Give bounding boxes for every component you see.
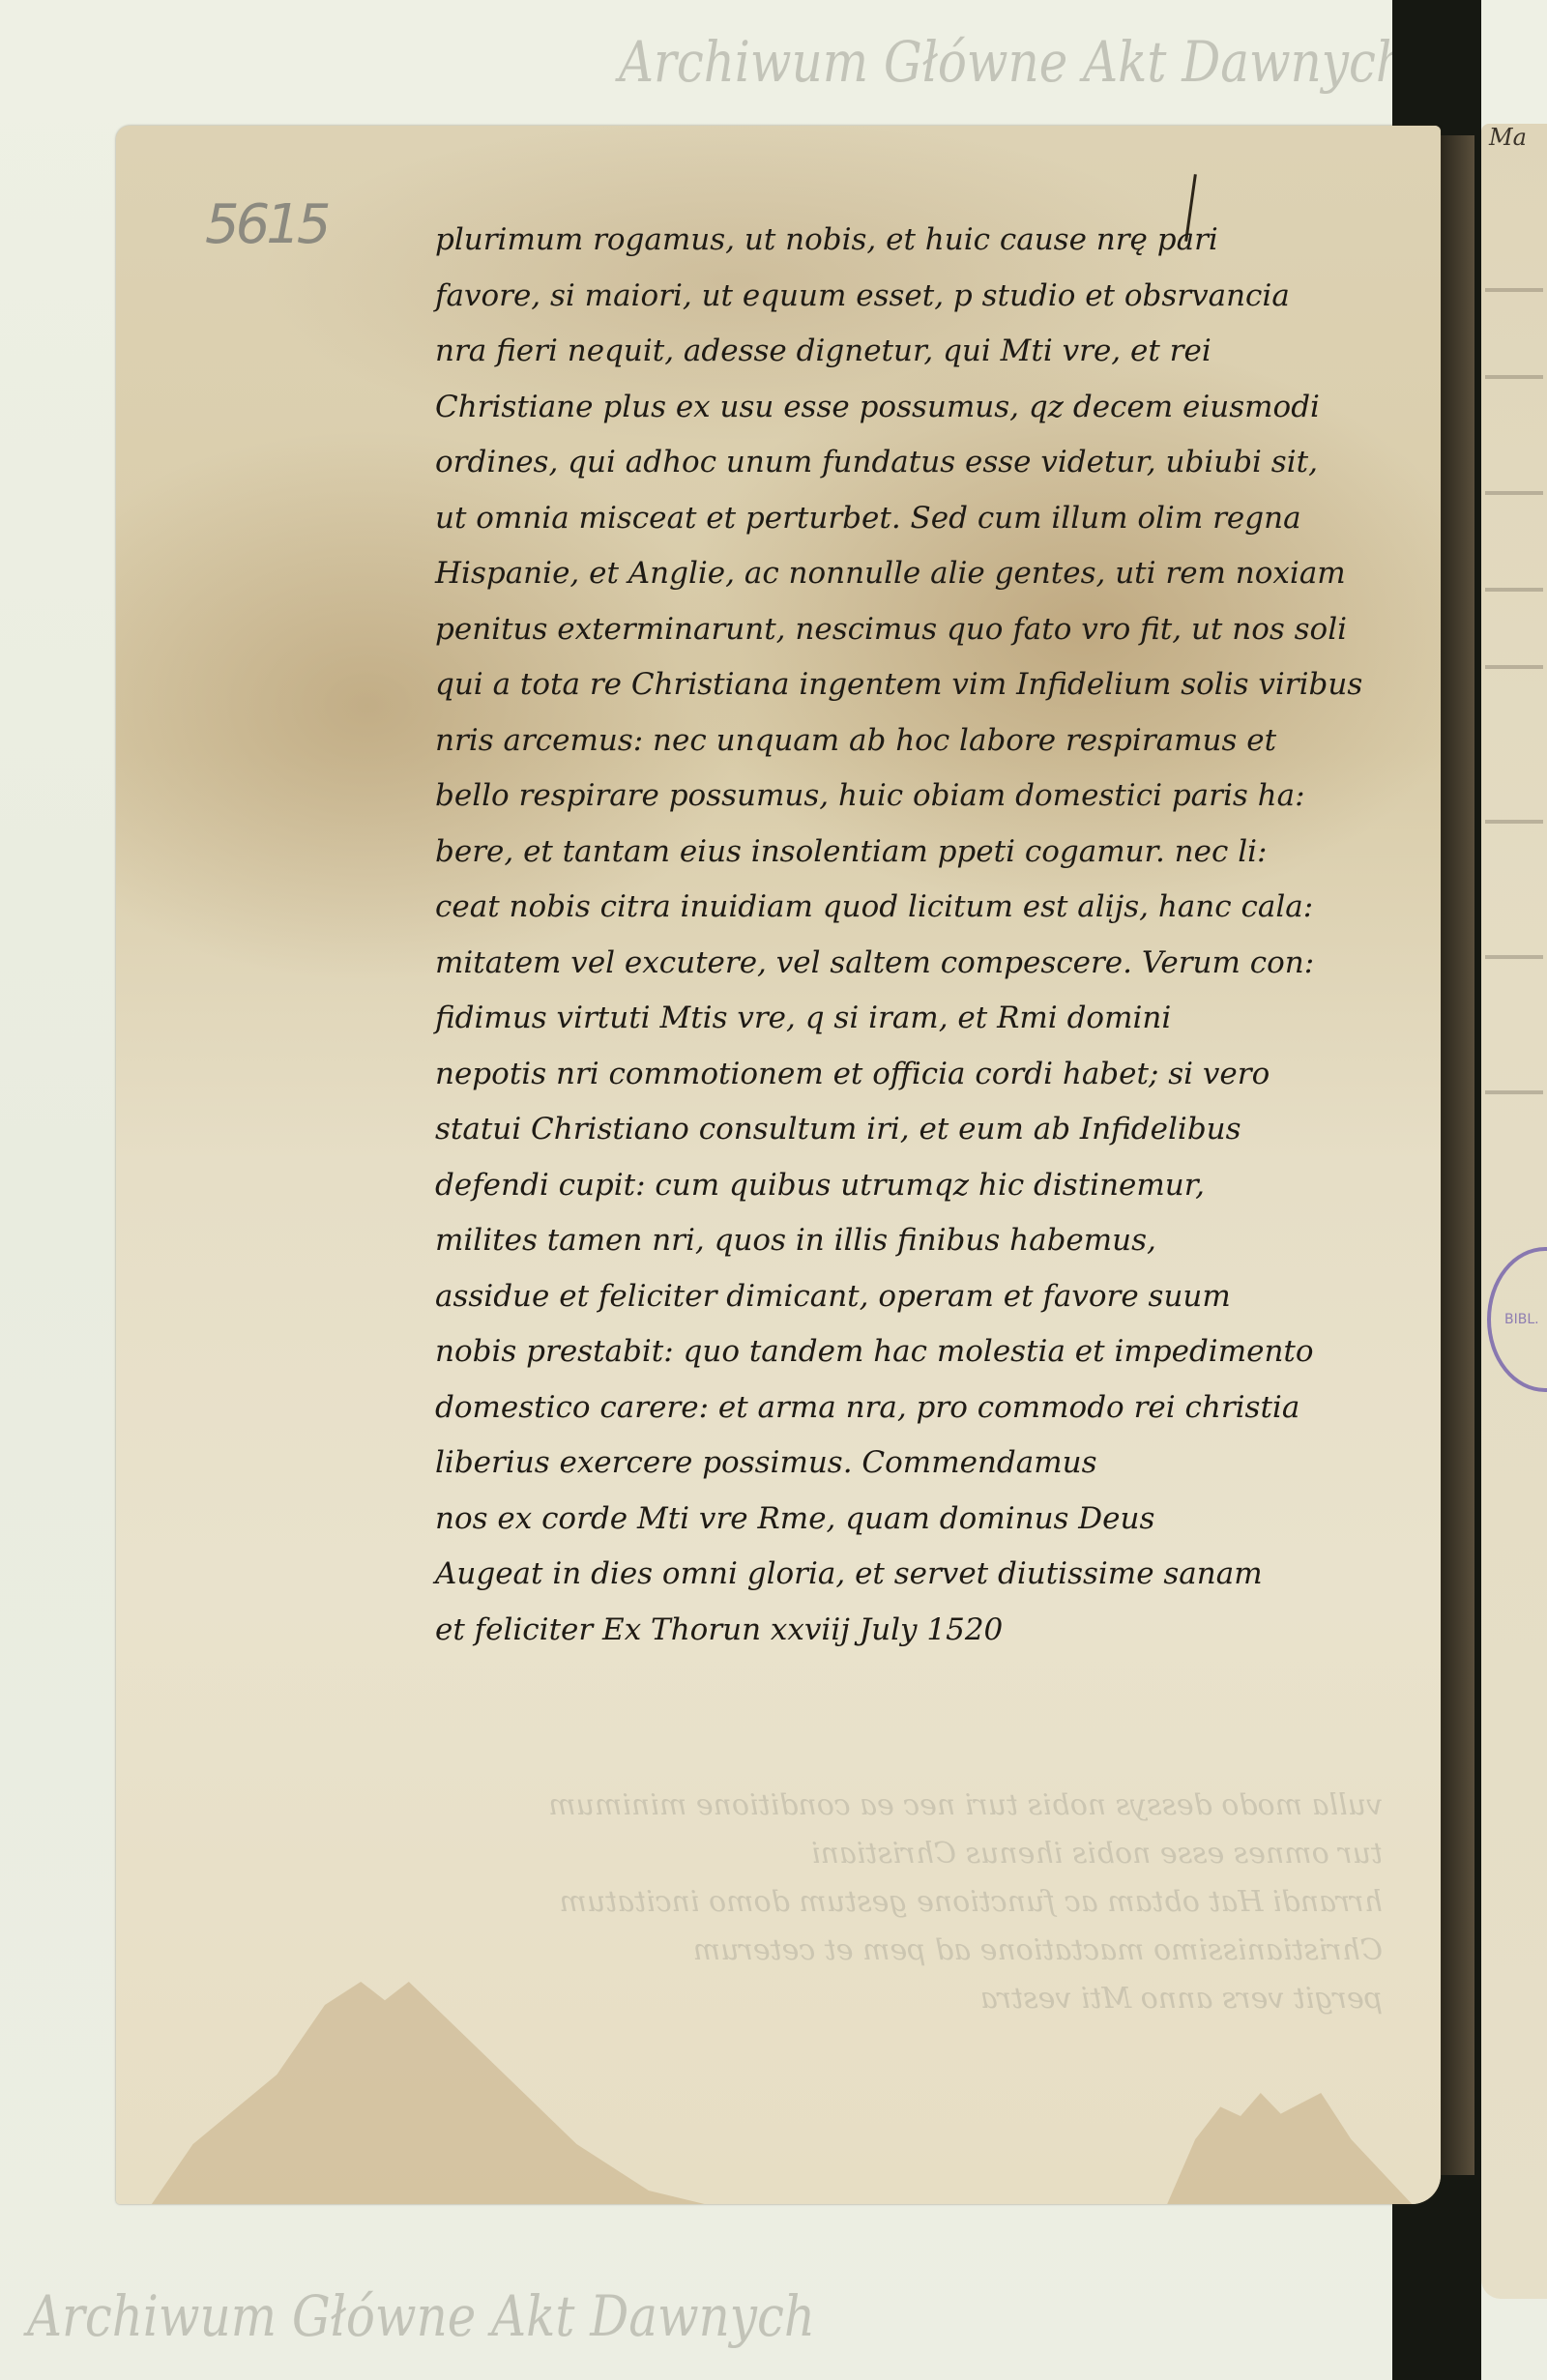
text-line: milites tamen nri, quos in illis finibus…: [435, 1213, 1441, 1269]
text-line: Augeat in dies omni gloria, et servet di…: [435, 1547, 1441, 1603]
text-line: ordines, qui adhoc unum fundatus esse vi…: [435, 435, 1441, 491]
text-line: bere, et tantam eius insolentiam ppeti c…: [435, 825, 1441, 881]
text-line: penitus exterminarunt, nescimus quo fato…: [435, 602, 1441, 658]
show-through-text: tur omnes esse nobis ihenus Christiani: [271, 1837, 1383, 1871]
adjacent-text-ghost: [1485, 588, 1543, 592]
text-line: nobis prestabit: quo tandem hac molestia…: [435, 1324, 1441, 1380]
adjacent-page: Ma: [1481, 124, 1547, 2299]
text-line: nepotis nri commotionem et officia cordi…: [435, 1047, 1441, 1103]
show-through-text: Christianissimo mactatione ad pem et cet…: [271, 1933, 1383, 1967]
text-line: bello respirare possumus, huic obiam dom…: [435, 769, 1441, 825]
text-line: ceat nobis citra inuidiam quod licitum e…: [435, 880, 1441, 936]
text-line: mitatem vel excutere, vel saltem compesc…: [435, 936, 1441, 992]
manuscript-text: plurimum rogamus, ut nobis, et huic caus…: [435, 213, 1441, 1658]
text-line: defendi cupit: cum quibus utrumqz hic di…: [435, 1158, 1441, 1214]
adjacent-text-ghost: [1485, 820, 1543, 824]
text-line: liberius exercere possimus. Commendamus: [435, 1436, 1441, 1492]
text-line: qui a tota re Christiana ingentem vim In…: [435, 657, 1441, 713]
show-through-text: hrrandi Hat obtam ac functione gestum do…: [271, 1885, 1383, 1919]
show-through-text: pergit vers anno Mti vestra: [271, 1982, 1383, 2016]
text-line: assidue et feliciter dimicant, operam et…: [435, 1269, 1441, 1325]
manuscript-page: vulla modo dessys nobis turi nec ea cond…: [116, 126, 1441, 2204]
show-through-text: vulla modo dessys nobis turi nec ea cond…: [271, 1788, 1383, 1822]
stamp-text: BIBL.: [1504, 1312, 1539, 1327]
text-line: plurimum rogamus, ut nobis, et huic caus…: [435, 213, 1441, 269]
adjacent-page-text: Ma: [1489, 124, 1527, 151]
text-line: statui Christiano consultum iri, et eum …: [435, 1102, 1441, 1158]
text-line: Christiane plus ex usu esse possumus, qz…: [435, 380, 1441, 436]
adjacent-text-ghost: [1485, 288, 1543, 292]
text-line: favore, si maiori, ut equum esset, p stu…: [435, 269, 1441, 325]
adjacent-text-ghost: [1485, 375, 1543, 379]
text-line: fidimus virtuti Mtis vre, q si iram, et …: [435, 991, 1441, 1047]
text-line-date: et feliciter Ex Thorun xxviij July 1520: [435, 1603, 1441, 1659]
text-line: ut omnia misceat et perturbet. Sed cum i…: [435, 491, 1441, 547]
adjacent-text-ghost: [1485, 1090, 1543, 1094]
archive-watermark-top: Archiwum Główne Akt Dawnych: [619, 29, 1407, 95]
adjacent-text-ghost: [1485, 665, 1543, 669]
text-line: domestico carere: et arma nra, pro commo…: [435, 1380, 1441, 1437]
text-line: nos ex corde Mti vre Rme, quam dominus D…: [435, 1492, 1441, 1548]
adjacent-text-ghost: [1485, 955, 1543, 959]
archive-watermark-bottom: Archiwum Główne Akt Dawnych: [27, 2283, 815, 2349]
text-line: nra fieri nequit, adesse dignetur, qui M…: [435, 324, 1441, 380]
folio-number: 5615: [205, 193, 328, 256]
text-line: nris arcemus: nec unquam ab hoc labore r…: [435, 713, 1441, 769]
text-line: Hispanie, et Anglie, ac nonnulle alie ge…: [435, 546, 1441, 602]
adjacent-text-ghost: [1485, 491, 1543, 495]
